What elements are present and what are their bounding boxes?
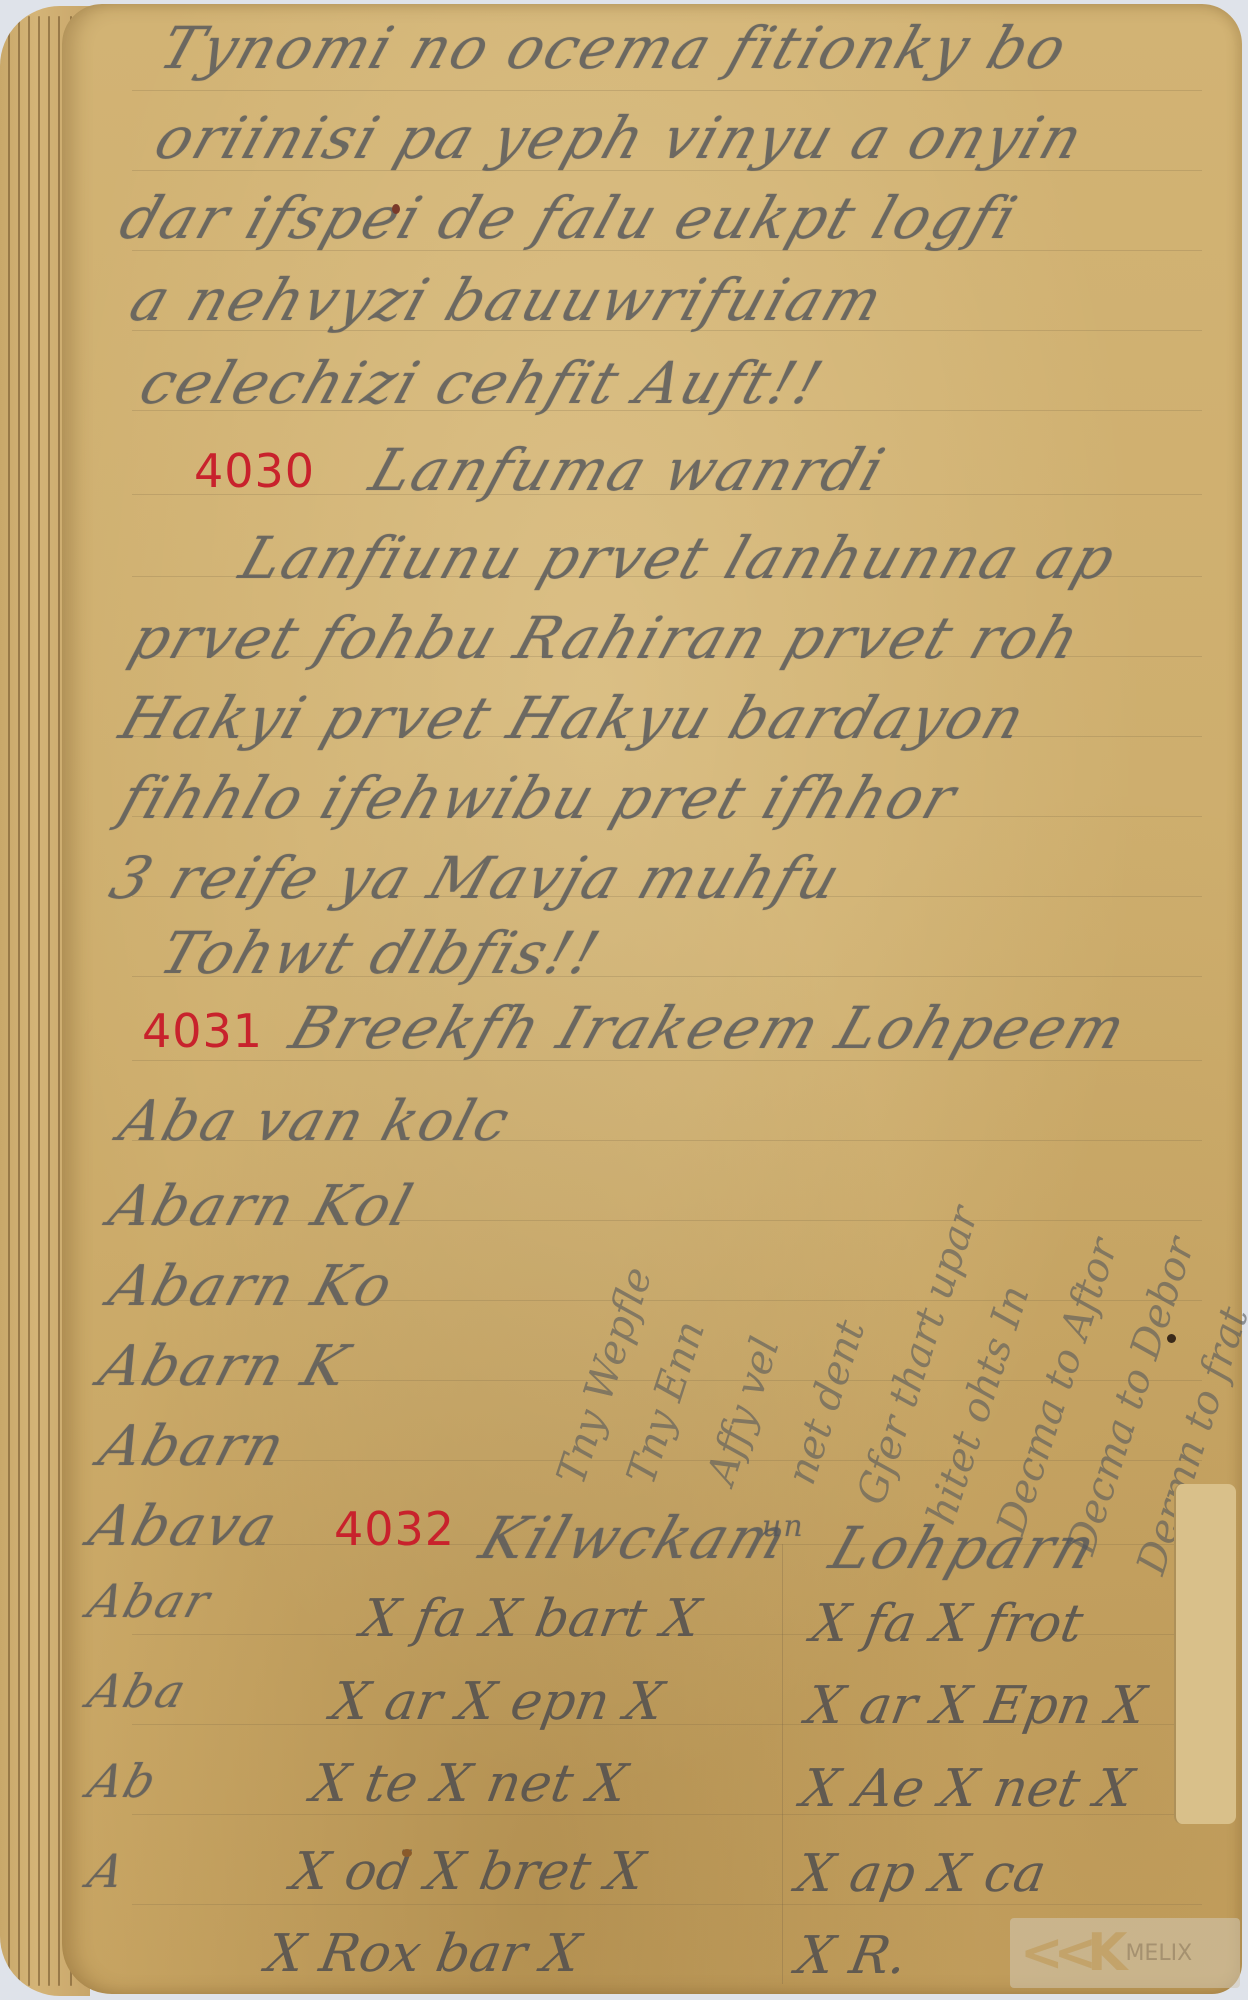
entry-title: Breekfh Irakeem Lohpeem (282, 994, 1136, 1062)
list-item: Abava (82, 1494, 285, 1559)
entry-title-left: Kilwckam (472, 1504, 797, 1572)
text-line: 3 reife ya Mavja muhfu (102, 844, 850, 912)
list-item: Abarn Ko (102, 1254, 401, 1319)
grid-row: X fa X bart X (357, 1589, 705, 1649)
grid-row: X Rox bar X (262, 1924, 585, 1984)
list-item: Aba van kolc (112, 1089, 518, 1154)
list-item: Aba (82, 1664, 194, 1718)
list-item: Abarn Kol (102, 1174, 421, 1239)
grid-row: X ar X epn X (327, 1672, 668, 1732)
text-line: Tohwt dlbfis!! (152, 919, 609, 987)
torn-edge (1174, 1484, 1236, 1824)
list-item: Abarn K (92, 1334, 357, 1399)
catalogue-number: 4032 (334, 1502, 455, 1556)
text-line: fihhlo ifehwibu pret ifhhor (112, 764, 966, 832)
grid-row: X te X net X (307, 1754, 632, 1814)
watermark-text: MELIX (1125, 1941, 1192, 1966)
text-line: celechizi cehfit Auft!! (132, 349, 832, 417)
grid-row: X ar X Epn X (802, 1676, 1150, 1736)
grid-row: X fa X frot (807, 1594, 1088, 1654)
text-line: dar ifspei de falu eukpt logfi (112, 184, 1027, 252)
rotated-text: Affy vel (698, 1332, 789, 1490)
list-item: Ab (82, 1754, 164, 1808)
text-line: Lanfiunu prvet lanhunna ap (232, 524, 1125, 592)
list-item: Abar (82, 1574, 218, 1628)
grid-row: X ap X ca (792, 1844, 1051, 1904)
grid-row: X R. (792, 1926, 912, 1986)
stain (1167, 1334, 1176, 1343)
entry-title-right: Lohparn (822, 1514, 1106, 1582)
text-line: Tynomi no ocema fitionky bo (152, 14, 1077, 82)
notebook-page: Tynomi no ocema fitionky bo oriinisi pa … (62, 4, 1242, 1994)
grid-row: X Ae X net X (797, 1759, 1138, 1819)
catalogue-number: 4031 (142, 1004, 263, 1058)
text-line: a nehvyzi bauuwrifuiam (122, 266, 893, 334)
grid-row: X od X bret X (287, 1842, 649, 1902)
watermark-logo: <<K MELIX (1010, 1918, 1240, 1988)
entry-title: Lanfuma wanrdi (362, 436, 894, 504)
stain (402, 1849, 412, 1857)
text-line: Hakyi prvet Hakyu bardayon (112, 684, 1035, 752)
text-line: oriinisi pa yeph vinyu a onyin (147, 104, 1093, 172)
list-item: A (82, 1844, 133, 1898)
stain (392, 204, 400, 214)
text-line: prvet fohbu Rahiran prvet roh (122, 604, 1090, 672)
entry-title-mid: un (762, 1509, 805, 1544)
catalogue-number: 4030 (194, 444, 315, 498)
logo-chevron-icon: <<K (1020, 1923, 1117, 1983)
list-item: Abarn (92, 1414, 293, 1479)
